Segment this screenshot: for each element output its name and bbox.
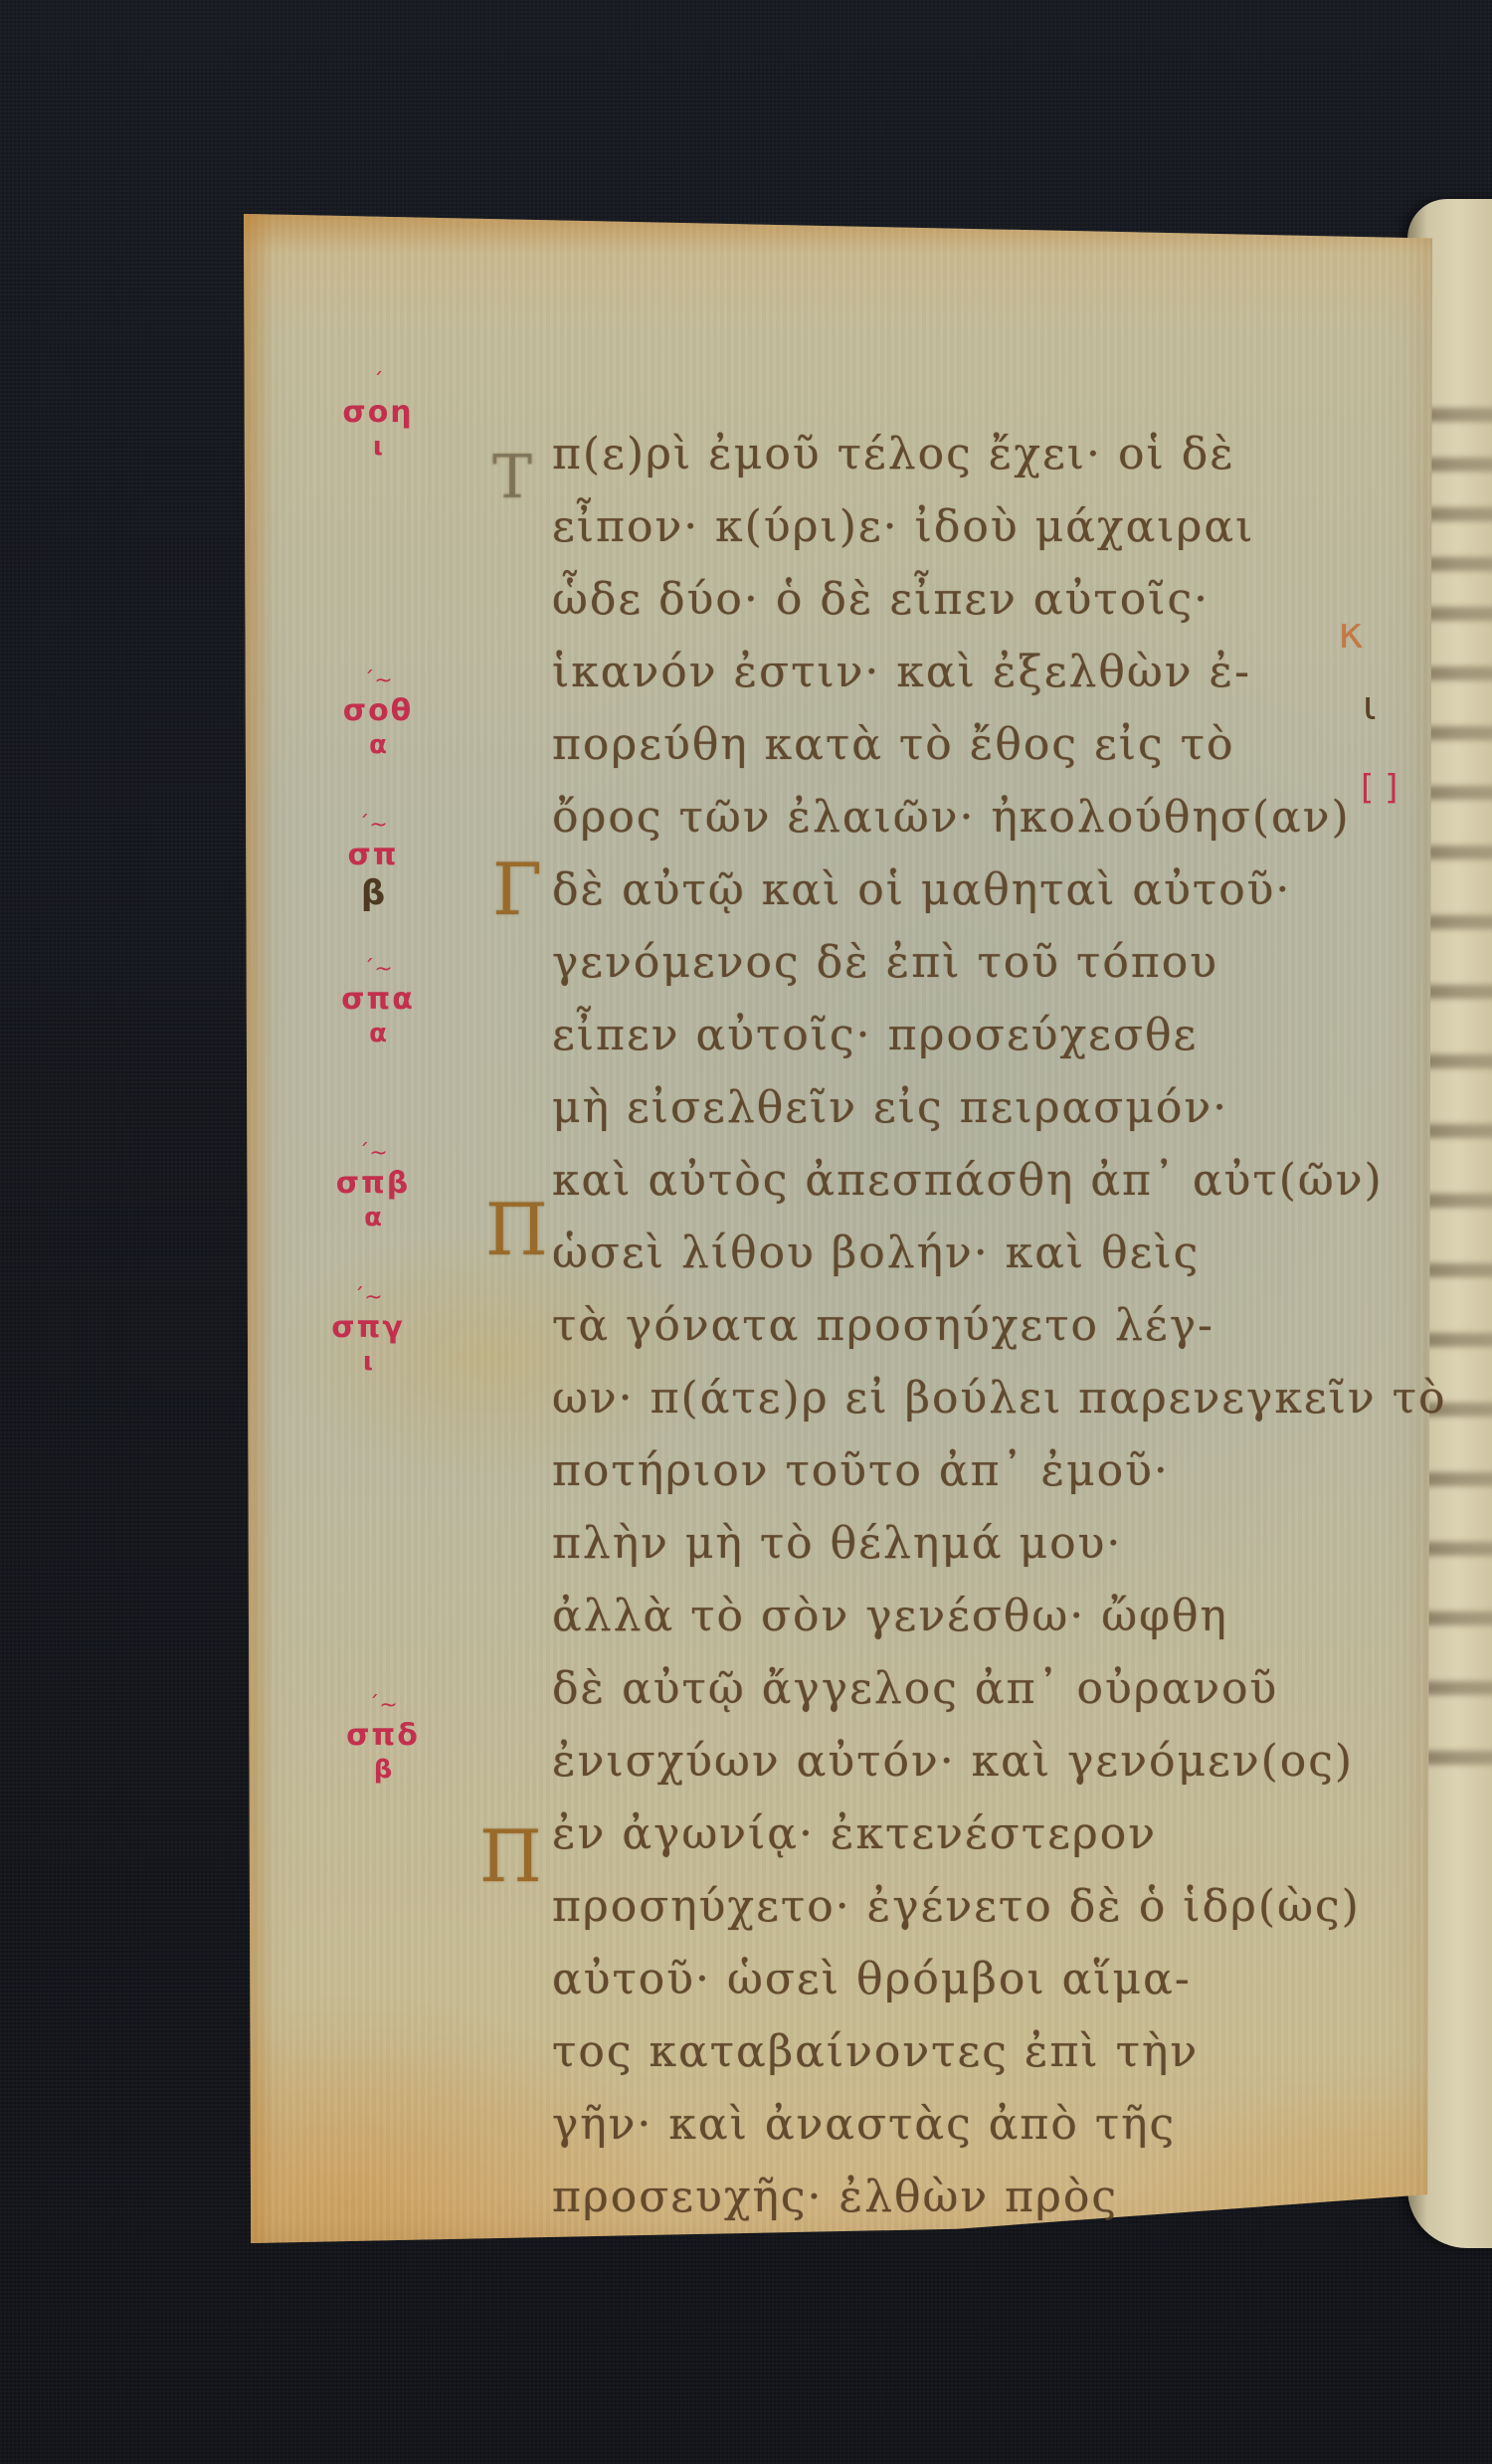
- canon-number: α: [318, 1021, 438, 1046]
- gold-initial-letter: Γ: [492, 853, 542, 925]
- text-line: τος καταβαίνοντες ἐπὶ τὴν: [552, 2015, 1388, 2088]
- canon-number: β: [313, 876, 433, 910]
- section-number: σπγ: [308, 1313, 428, 1343]
- text-line: δὲ αὐτῷ ἄγγελος ἀπ᾽ οὐρανοῦ: [552, 1652, 1388, 1725]
- text-line: εἶπεν αὐτοῖς· προσεύχεσθε: [552, 999, 1388, 1071]
- section-mark: ΄: [318, 368, 438, 398]
- text-line: γενόμενος δὲ ἐπὶ τοῦ τόπου: [552, 926, 1388, 999]
- canon-number: β: [323, 1757, 443, 1783]
- text-line: π(ε)ρὶ ἐμοῦ τέλος ἔχει· οἱ δὲ: [552, 418, 1388, 490]
- section-number: σπβ: [313, 1169, 433, 1199]
- text-line: ων· π(άτε)ρ εἰ βούλει παρενεγκεῖν τὸ: [552, 1362, 1388, 1434]
- text-line: ἐν ἀγωνίᾳ· ἐκτενέστερον: [552, 1798, 1388, 1870]
- text-line: ὧδε δύο· ὁ δὲ εἶπεν αὐτοῖς·: [552, 563, 1388, 636]
- text-line: προσευχῆς· ἐλθὼν πρὸς: [552, 2161, 1388, 2233]
- text-line: πορεύθη κατὰ τὸ ἔθος εἰς τὸ: [552, 708, 1388, 781]
- text-line: ὄρος τῶν ἐλαιῶν· ἠκολούθησ(αν): [552, 781, 1388, 853]
- text-line: ὡσεὶ λίθου βολήν· καὶ θεὶς: [552, 1217, 1388, 1289]
- section-number-note: ΄~ σπβ α: [313, 1139, 433, 1231]
- text-line: προσηύχετο· ἐγένετο δὲ ὁ ἱδρ(ὼς): [552, 1870, 1388, 1943]
- text-line: ἀλλὰ τὸ σὸν γενέσθω· ὤφθη: [552, 1580, 1388, 1652]
- section-number-note: ΄~ σπγ ι: [308, 1283, 428, 1375]
- gold-initial-letter: Π: [479, 1820, 542, 1892]
- section-number-note: ΄~ σπ β: [313, 811, 433, 910]
- section-mark: ΄~: [318, 666, 438, 696]
- section-number: σπδ: [323, 1721, 443, 1751]
- text-line: καὶ αὐτὸς ἀπεσπάσθη ἀπ᾽ αὐτ(ῶν): [552, 1144, 1388, 1217]
- section-number: σπ: [313, 841, 433, 870]
- text-line: δὲ αὐτῷ καὶ οἱ μαθηταὶ αὐτοῦ·: [552, 853, 1388, 926]
- section-number-note: ΄~ σπδ β: [323, 1691, 443, 1783]
- faint-initial-letter: Τ: [492, 448, 532, 507]
- text-line: ἱκανόν ἐστιν· καὶ ἐξελθὼν ἐ-: [552, 636, 1388, 708]
- text-line: μὴ εἰσελθεῖν εἰς πειρασμόν·: [552, 1071, 1388, 1144]
- text-line: ποτήριον τοῦτο ἀπ᾽ ἐμοῦ·: [552, 1434, 1388, 1507]
- manuscript-text-block: π(ε)ρὶ ἐμοῦ τέλος ἔχει· οἱ δὲ εἶπον· κ(ύ…: [552, 418, 1388, 2233]
- text-line: αὐτοῦ· ὡσεὶ θρόμβοι αἵμα-: [552, 1943, 1388, 2015]
- text-line: πλὴν μὴ τὸ θέλημά μου·: [552, 1507, 1388, 1580]
- gold-initial-letter: Π: [485, 1194, 548, 1265]
- section-mark: ΄~: [323, 1691, 443, 1721]
- text-line: ἐνισχύων αὐτόν· καὶ γενόμεν(ος): [552, 1725, 1388, 1798]
- section-number-note: ΄~ σοθ α: [318, 666, 438, 758]
- section-mark: ΄~: [313, 1139, 433, 1169]
- text-line: εἶπον· κ(ύρι)ε· ἰδοὺ μάχαιραι: [552, 490, 1388, 563]
- section-number-note: ΄ σοη ι: [318, 368, 438, 460]
- canon-number: ι: [318, 434, 438, 460]
- text-line: γῆν· καὶ ἀναστὰς ἀπὸ τῆς: [552, 2088, 1388, 2161]
- canon-number: α: [318, 732, 438, 758]
- canon-number: ι: [308, 1349, 428, 1375]
- section-number: σοθ: [318, 696, 438, 726]
- canon-number: α: [313, 1205, 433, 1231]
- section-number-note: ΄~ σπα α: [318, 955, 438, 1046]
- section-mark: ΄~: [318, 955, 438, 985]
- text-line: τὰ γόνατα προσηύχετο λέγ-: [552, 1289, 1388, 1362]
- section-number: σπα: [318, 985, 438, 1015]
- section-number: σοη: [318, 398, 438, 428]
- section-mark: ΄~: [313, 811, 433, 841]
- section-mark: ΄~: [308, 1283, 428, 1313]
